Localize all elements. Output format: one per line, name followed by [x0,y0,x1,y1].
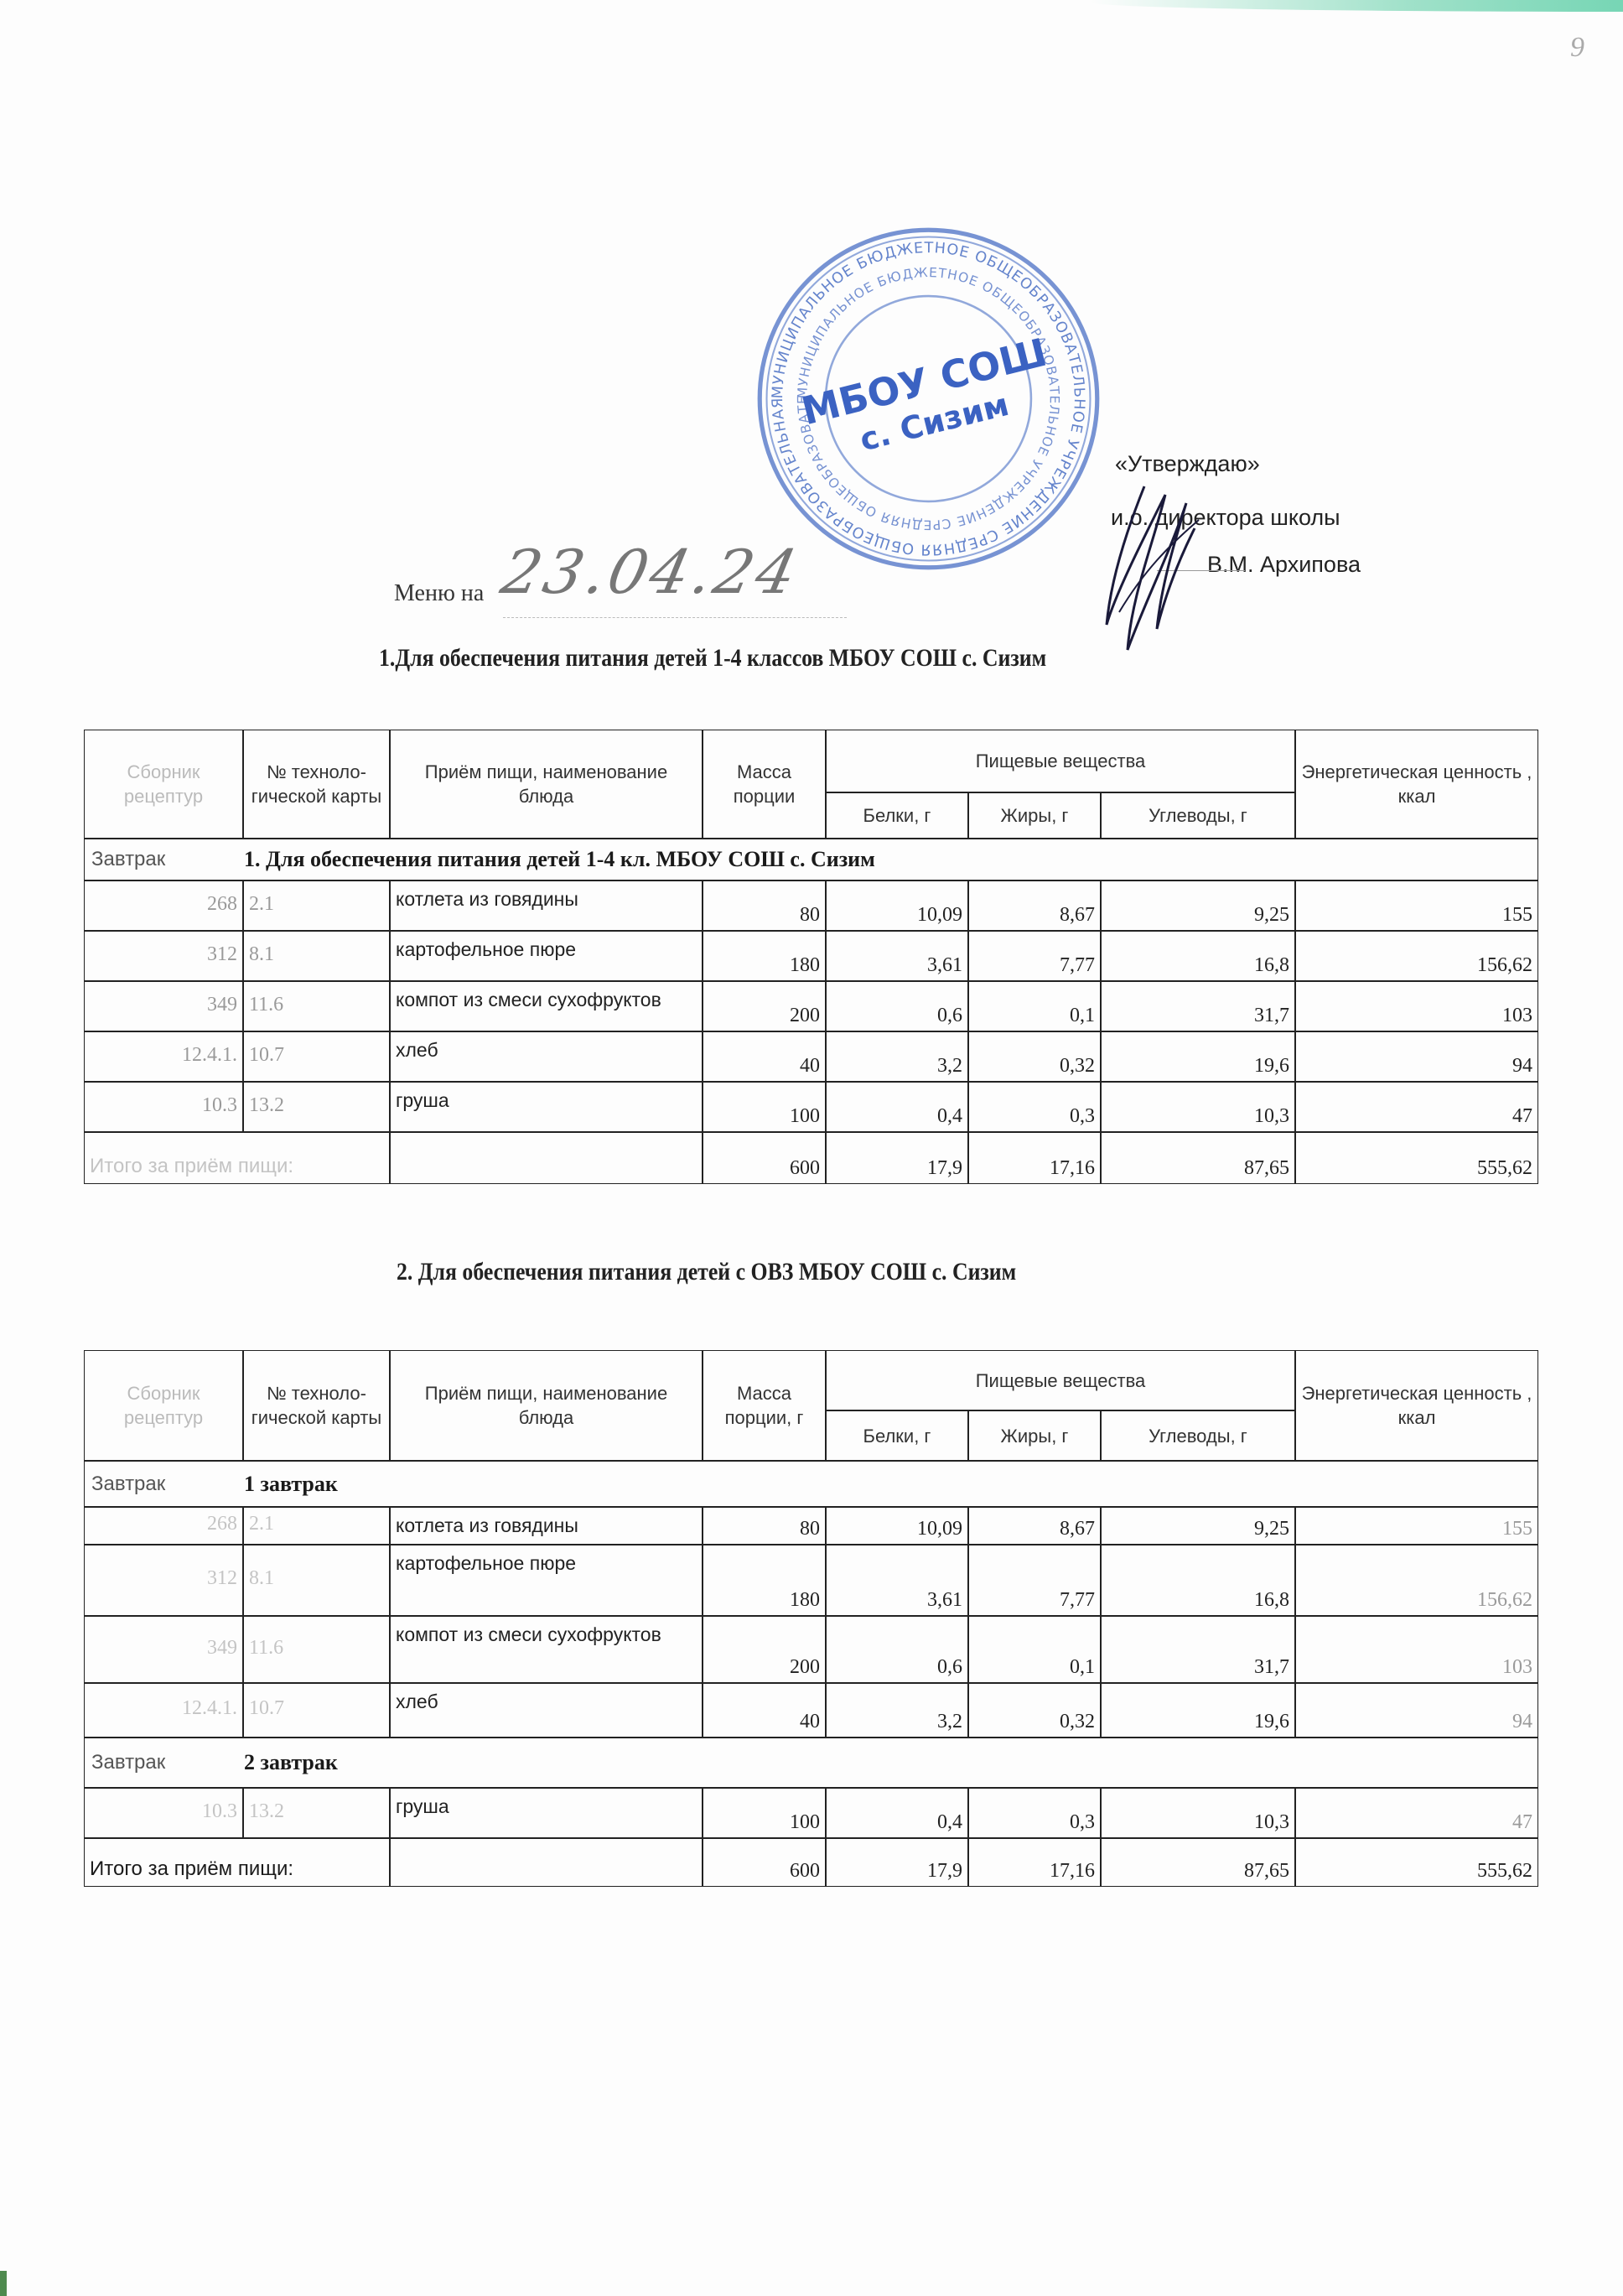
cell-fats: 7,77 [968,1545,1101,1616]
cell-proteins: 10,09 [826,880,968,931]
cell-fats: 0,1 [968,981,1101,1031]
cell-mass-text: 100 [790,1811,820,1834]
header-mass: Масса порции [703,730,826,839]
cell-fats-text: 8,67 [1060,904,1095,927]
section-row: Завтрак2 завтрак [84,1738,1538,1788]
cell-mass-text: 100 [790,1105,820,1128]
cell-carbs-text: 10,3 [1254,1105,1289,1128]
header-fats: Жиры, г [968,1410,1101,1461]
cell-energy: 103 [1295,981,1538,1031]
cell-carbs: 9,25 [1101,1507,1295,1545]
cell-tech-card-text: 10.7 [249,1044,284,1067]
cell-meal-name: груша [390,1788,703,1838]
cell-tech-card-text: 8.1 [249,943,274,966]
cell-collection-text: 268 [207,893,237,916]
cell-carbs-text: 9,25 [1254,1518,1289,1540]
section-title: 1. Для обеспечения питания детей 1-4 кл.… [244,847,875,872]
cell-proteins-text: 3,2 [937,1711,962,1733]
cell-proteins: 3,2 [826,1683,968,1738]
header-tech-card: № техноло-гической карты [243,1350,390,1461]
cell-tech-card-text: 13.2 [249,1094,284,1117]
header-collection: Сборник рецептур [84,1350,243,1461]
cell-collection-text: 12.4.1. [182,1697,237,1720]
cell-meal-name-text: котлета из говядины [396,1513,578,1538]
total-fats-text: 17,16 [1050,1157,1095,1180]
cell-collection: 312 [84,1545,243,1616]
cell-fats-text: 0,3 [1070,1811,1095,1834]
cell-meal-name-text: картофельное пюре [396,937,576,962]
cell-energy: 94 [1295,1031,1538,1082]
section-title: 2 завтрак [244,1750,338,1775]
header-proteins: Белки, г [826,1410,968,1461]
cell-mass-text: 200 [790,1005,820,1027]
cell-energy-text: 156,62 [1477,954,1532,977]
cell-energy-text: 155 [1502,1518,1532,1540]
school-stamp: МУНИЦИПАЛЬНОЕ БЮДЖЕТНОЕ ОБЩЕОБРАЗОВАТЕЛЬ… [754,225,1102,573]
cell-fats-text: 7,77 [1060,1589,1095,1612]
cell-collection: 268 [84,1507,243,1545]
cell-proteins-text: 3,2 [937,1055,962,1078]
cell-tech-card: 11.6 [243,981,390,1031]
cell-meal-name-text: котлета из говядины [396,886,578,912]
total-carbs-text: 87,65 [1244,1157,1289,1180]
header-energy-text: Энергетическая ценность , ккал [1301,760,1532,808]
menu-label: Меню на [394,580,484,607]
cell-energy-text: 47 [1512,1811,1532,1834]
header-carbs-text: Углеводы, г [1149,1424,1247,1448]
cell-mass-text: 200 [790,1656,820,1679]
menu-date-underline [503,617,847,618]
cell-mass-text: 180 [790,954,820,977]
cell-meal-name: картофельное пюре [390,931,703,981]
cell-energy-text: 94 [1512,1711,1532,1733]
total-empty [390,1838,703,1887]
cell-meal-name: котлета из говядины [390,880,703,931]
cell-mass: 80 [703,880,826,931]
cell-proteins: 3,61 [826,1545,968,1616]
cell-fats: 8,67 [968,880,1101,931]
cell-fats-text: 0,32 [1060,1055,1095,1078]
cell-tech-card: 10.7 [243,1683,390,1738]
header-proteins: Белки, г [826,792,968,839]
table2-title: 2. Для обеспечения питания детей с ОВЗ М… [397,1258,1016,1286]
cell-collection: 349 [84,1616,243,1683]
scan-edge-top [1090,0,1623,12]
header-energy: Энергетическая ценность , ккал [1295,730,1538,839]
cell-fats: 0,3 [968,1082,1101,1132]
header-mass-text: Масса порции, г [708,1381,820,1430]
cell-fats-text: 0,32 [1060,1711,1095,1733]
header-mass-text: Масса порции [708,760,820,808]
cell-proteins: 10,09 [826,1507,968,1545]
cell-proteins: 3,61 [826,931,968,981]
cell-mass: 100 [703,1082,826,1132]
cell-proteins-text: 3,61 [927,954,962,977]
cell-meal-name: компот из смеси сухофруктов [390,981,703,1031]
header-collection: Сборник рецептур [84,730,243,839]
cell-fats-text: 7,77 [1060,954,1095,977]
total-label: Итого за приём пищи: [84,1838,390,1887]
cell-meal-name-text: картофельное пюре [396,1551,576,1576]
cell-carbs: 10,3 [1101,1082,1295,1132]
header-carbs-text: Углеводы, г [1149,803,1247,828]
cell-tech-card-text: 11.6 [249,1637,283,1660]
menu-date-handwritten: 23.04.24 [495,537,806,607]
cell-tech-card-text: 2.1 [249,1513,274,1535]
total-mass-text: 600 [790,1860,820,1883]
cell-proteins-text: 0,4 [937,1811,962,1834]
cell-collection-text: 268 [207,1513,237,1535]
header-energy-text: Энергетическая ценность , ккал [1301,1381,1532,1430]
cell-carbs: 16,8 [1101,1545,1295,1616]
header-energy: Энергетическая ценность , ккал [1295,1350,1538,1461]
cell-fats: 7,77 [968,931,1101,981]
cell-tech-card-text: 10.7 [249,1697,284,1720]
header-fats-text: Жиры, г [1001,1424,1069,1448]
cell-meal-name: котлета из говядины [390,1507,703,1545]
cell-energy-text: 155 [1502,904,1532,927]
cell-meal-name: картофельное пюре [390,1545,703,1616]
cell-carbs: 9,25 [1101,880,1295,931]
cell-proteins: 0,6 [826,1616,968,1683]
section-label: Завтрак [91,848,165,871]
cell-carbs: 19,6 [1101,1683,1295,1738]
cell-fats-text: 0,1 [1070,1005,1095,1027]
cell-proteins: 0,4 [826,1082,968,1132]
total-label: Итого за приём пищи: [84,1132,390,1184]
cell-fats: 0,3 [968,1788,1101,1838]
cell-collection-text: 349 [207,1637,237,1660]
cell-mass: 200 [703,981,826,1031]
cell-energy-text: 103 [1502,1656,1532,1679]
cell-tech-card: 8.1 [243,931,390,981]
cell-fats: 0,32 [968,1683,1101,1738]
cell-collection: 10.3 [84,1788,243,1838]
total-fats: 17,16 [968,1132,1101,1184]
cell-mass: 80 [703,1507,826,1545]
header-tech-card-text: № техноло-гической карты [249,1381,384,1430]
header-carbs: Углеводы, г [1101,792,1295,839]
cell-carbs: 31,7 [1101,981,1295,1031]
cell-energy: 156,62 [1295,931,1538,981]
scan-edge-bottom [0,2271,7,2296]
cell-collection: 268 [84,880,243,931]
total-proteins-text: 17,9 [927,1157,962,1180]
cell-meal-name-text: компот из смеси сухофруктов [396,1622,661,1647]
stamp-icon: МУНИЦИПАЛЬНОЕ БЮДЖЕТНОЕ ОБЩЕОБРАЗОВАТЕЛЬ… [754,225,1102,573]
header-meal-name-text: Приём пищи, наименование блюда [396,1381,697,1430]
total-proteins: 17,9 [826,1132,968,1184]
cell-energy: 47 [1295,1082,1538,1132]
cell-proteins: 3,2 [826,1031,968,1082]
cell-proteins: 0,4 [826,1788,968,1838]
total-proteins-text: 17,9 [927,1860,962,1883]
header-meal-name: Приём пищи, наименование блюда [390,730,703,839]
total-empty [390,1132,703,1184]
total-carbs-text: 87,65 [1244,1860,1289,1883]
cell-mass-text: 180 [790,1589,820,1612]
cell-energy: 156,62 [1295,1545,1538,1616]
total-carbs: 87,65 [1101,1132,1295,1184]
cell-meal-name: хлеб [390,1683,703,1738]
header-nutrients-text: Пищевые вещества [976,749,1146,773]
header-carbs: Углеводы, г [1101,1410,1295,1461]
cell-mass: 100 [703,1788,826,1838]
total-carbs: 87,65 [1101,1838,1295,1887]
header-fats: Жиры, г [968,792,1101,839]
cell-carbs-text: 9,25 [1254,904,1289,927]
total-proteins: 17,9 [826,1838,968,1887]
header-fats-text: Жиры, г [1001,803,1069,828]
cell-tech-card: 8.1 [243,1545,390,1616]
cell-proteins-text: 10,09 [917,1518,962,1540]
header-nutrients-text: Пищевые вещества [976,1369,1146,1393]
total-energy-text: 555,62 [1477,1157,1532,1180]
total-mass: 600 [703,1132,826,1184]
cell-fats-text: 0,1 [1070,1656,1095,1679]
cell-collection-text: 349 [207,994,237,1016]
cell-tech-card-text: 2.1 [249,893,274,916]
section-title: 1 завтрак [244,1472,338,1497]
cell-energy-text: 103 [1502,1005,1532,1027]
total-energy-text: 555,62 [1477,1860,1532,1883]
cell-mass: 180 [703,1545,826,1616]
cell-proteins-text: 3,61 [927,1589,962,1612]
cell-collection-text: 10.3 [202,1094,237,1117]
cell-mass: 180 [703,931,826,981]
cell-collection-text: 312 [207,1567,237,1590]
total-energy: 555,62 [1295,1132,1538,1184]
cell-collection: 12.4.1. [84,1031,243,1082]
total-mass: 600 [703,1838,826,1887]
header-tech-card-text: № техноло-гической карты [249,760,384,808]
cell-carbs: 19,6 [1101,1031,1295,1082]
cell-collection-text: 12.4.1. [182,1044,237,1067]
header-proteins-text: Белки, г [863,803,931,828]
cell-carbs-text: 31,7 [1254,1005,1289,1027]
cell-collection: 312 [84,931,243,981]
cell-mass: 40 [703,1683,826,1738]
cell-proteins-text: 0,6 [937,1005,962,1027]
cell-mass: 40 [703,1031,826,1082]
cell-fats-text: 0,3 [1070,1105,1095,1128]
cell-meal-name: хлеб [390,1031,703,1082]
header-meal-name: Приём пищи, наименование блюда [390,1350,703,1461]
cell-tech-card: 13.2 [243,1082,390,1132]
section-row: Завтрак1. Для обеспечения питания детей … [84,839,1538,880]
cell-meal-name: груша [390,1082,703,1132]
cell-meal-name-text: хлеб [396,1037,438,1062]
total-label-text: Итого за приём пищи: [90,1857,293,1881]
cell-carbs-text: 19,6 [1254,1711,1289,1733]
cell-fats: 0,32 [968,1031,1101,1082]
cell-energy-text: 94 [1512,1055,1532,1078]
cell-energy: 155 [1295,1507,1538,1545]
cell-fats: 0,1 [968,1616,1101,1683]
cell-proteins: 0,6 [826,981,968,1031]
cell-tech-card-text: 8.1 [249,1567,274,1590]
header-collection-text: Сборник рецептур [90,760,237,808]
cell-meal-name: компот из смеси сухофруктов [390,1616,703,1683]
cell-tech-card: 2.1 [243,1507,390,1545]
section-row: Завтрак1 завтрак [84,1461,1538,1507]
cell-tech-card: 2.1 [243,880,390,931]
cell-proteins-text: 0,6 [937,1656,962,1679]
header-tech-card: № техноло-гической карты [243,730,390,839]
cell-carbs-text: 16,8 [1254,954,1289,977]
approval-name: В.М. Архипова [1207,541,1361,588]
cell-energy: 103 [1295,1616,1538,1683]
section-label: Завтрак [91,1473,165,1496]
cell-carbs: 10,3 [1101,1788,1295,1838]
header-collection-text: Сборник рецептур [90,1381,237,1430]
cell-collection-text: 10.3 [202,1800,237,1823]
total-energy: 555,62 [1295,1838,1538,1887]
total-fats: 17,16 [968,1838,1101,1887]
cell-mass-text: 40 [800,1711,820,1733]
cell-tech-card: 10.7 [243,1031,390,1082]
cell-energy: 47 [1295,1788,1538,1838]
cell-mass: 200 [703,1616,826,1683]
cell-carbs-text: 31,7 [1254,1656,1289,1679]
table1-title: 1.Для обеспечения питания детей 1-4 клас… [379,644,1046,673]
cell-collection-text: 312 [207,943,237,966]
cell-carbs: 16,8 [1101,931,1295,981]
cell-collection: 12.4.1. [84,1683,243,1738]
total-mass-text: 600 [790,1157,820,1180]
header-nutrients: Пищевые вещества [826,1350,1295,1410]
cell-energy: 94 [1295,1683,1538,1738]
cell-fats: 8,67 [968,1507,1101,1545]
cell-meal-name-text: хлеб [396,1689,438,1714]
cell-collection: 349 [84,981,243,1031]
total-fats-text: 17,16 [1050,1860,1095,1883]
cell-carbs: 31,7 [1101,1616,1295,1683]
cell-energy: 155 [1295,880,1538,931]
cell-fats-text: 8,67 [1060,1518,1095,1540]
cell-meal-name-text: компот из смеси сухофруктов [396,987,661,1012]
page-number: 9 [1570,32,1584,64]
header-nutrients: Пищевые вещества [826,730,1295,792]
total-label-text: Итого за приём пищи: [90,1155,293,1178]
header-proteins-text: Белки, г [863,1424,931,1448]
cell-tech-card-text: 13.2 [249,1800,284,1823]
cell-tech-card-text: 11.6 [249,994,283,1016]
cell-mass-text: 80 [800,904,820,927]
header-mass: Масса порции, г [703,1350,826,1461]
cell-tech-card: 13.2 [243,1788,390,1838]
cell-energy-text: 156,62 [1477,1589,1532,1612]
cell-proteins-text: 0,4 [937,1105,962,1128]
cell-carbs-text: 16,8 [1254,1589,1289,1612]
cell-energy-text: 47 [1512,1105,1532,1128]
cell-carbs-text: 19,6 [1254,1055,1289,1078]
signature-icon [1094,470,1211,662]
header-meal-name-text: Приём пищи, наименование блюда [396,760,697,808]
cell-collection: 10.3 [84,1082,243,1132]
cell-proteins-text: 10,09 [917,904,962,927]
cell-tech-card: 11.6 [243,1616,390,1683]
cell-meal-name-text: груша [396,1794,449,1819]
cell-carbs-text: 10,3 [1254,1811,1289,1834]
cell-meal-name-text: груша [396,1088,449,1113]
section-label: Завтрак [91,1751,165,1774]
cell-mass-text: 80 [800,1518,820,1540]
cell-mass-text: 40 [800,1055,820,1078]
